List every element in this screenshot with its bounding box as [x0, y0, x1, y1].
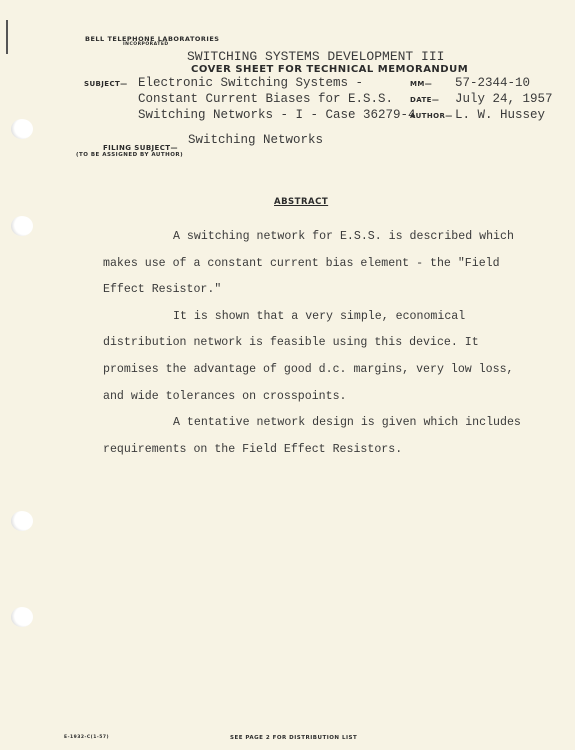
punch-hole-icon [11, 607, 33, 627]
subject-line: Switching Networks - I - Case 36279-4 [138, 108, 416, 122]
subject-label: SUBJECT— [84, 80, 128, 88]
abstract-paragraph: A switching network for E.S.S. is descri… [103, 224, 523, 304]
subject-line: Constant Current Biases for E.S.S. [138, 92, 393, 106]
author-label: AUTHOR— [410, 112, 453, 120]
mm-label: MM— [410, 80, 432, 88]
punch-hole-icon [11, 511, 33, 531]
author-value: L. W. Hussey [455, 108, 545, 122]
date-label: DATE— [410, 96, 439, 104]
company-incorporated: INCORPORATED [123, 42, 169, 47]
binder-mark [6, 20, 8, 54]
abstract-paragraph: It is shown that a very simple, economic… [103, 304, 523, 410]
abstract-heading: ABSTRACT [274, 197, 328, 207]
punch-hole-icon [11, 216, 33, 236]
punch-hole-icon [11, 119, 33, 139]
form-number: E-1932-C(1-57) [64, 735, 109, 740]
date-value: July 24, 1957 [455, 92, 553, 106]
subject-line: Electronic Switching Systems - [138, 76, 363, 90]
abstract-paragraph: A tentative network design is given whic… [103, 410, 523, 463]
department-title: SWITCHING SYSTEMS DEVELOPMENT III [187, 49, 444, 64]
form-title: COVER SHEET FOR TECHNICAL MEMORANDUM [191, 64, 468, 75]
filing-subject-note: (TO BE ASSIGNED BY AUTHOR) [76, 152, 183, 158]
mm-value: 57-2344-10 [455, 76, 530, 90]
filing-subject-value: Switching Networks [188, 133, 323, 147]
filing-subject-label: FILING SUBJECT— [103, 144, 178, 152]
distribution-note: SEE PAGE 2 FOR DISTRIBUTION LIST [230, 735, 357, 741]
memo-cover-sheet: BELL TELEPHONE LABORATORIES INCORPORATED… [0, 0, 575, 750]
abstract-body: A switching network for E.S.S. is descri… [103, 224, 523, 463]
